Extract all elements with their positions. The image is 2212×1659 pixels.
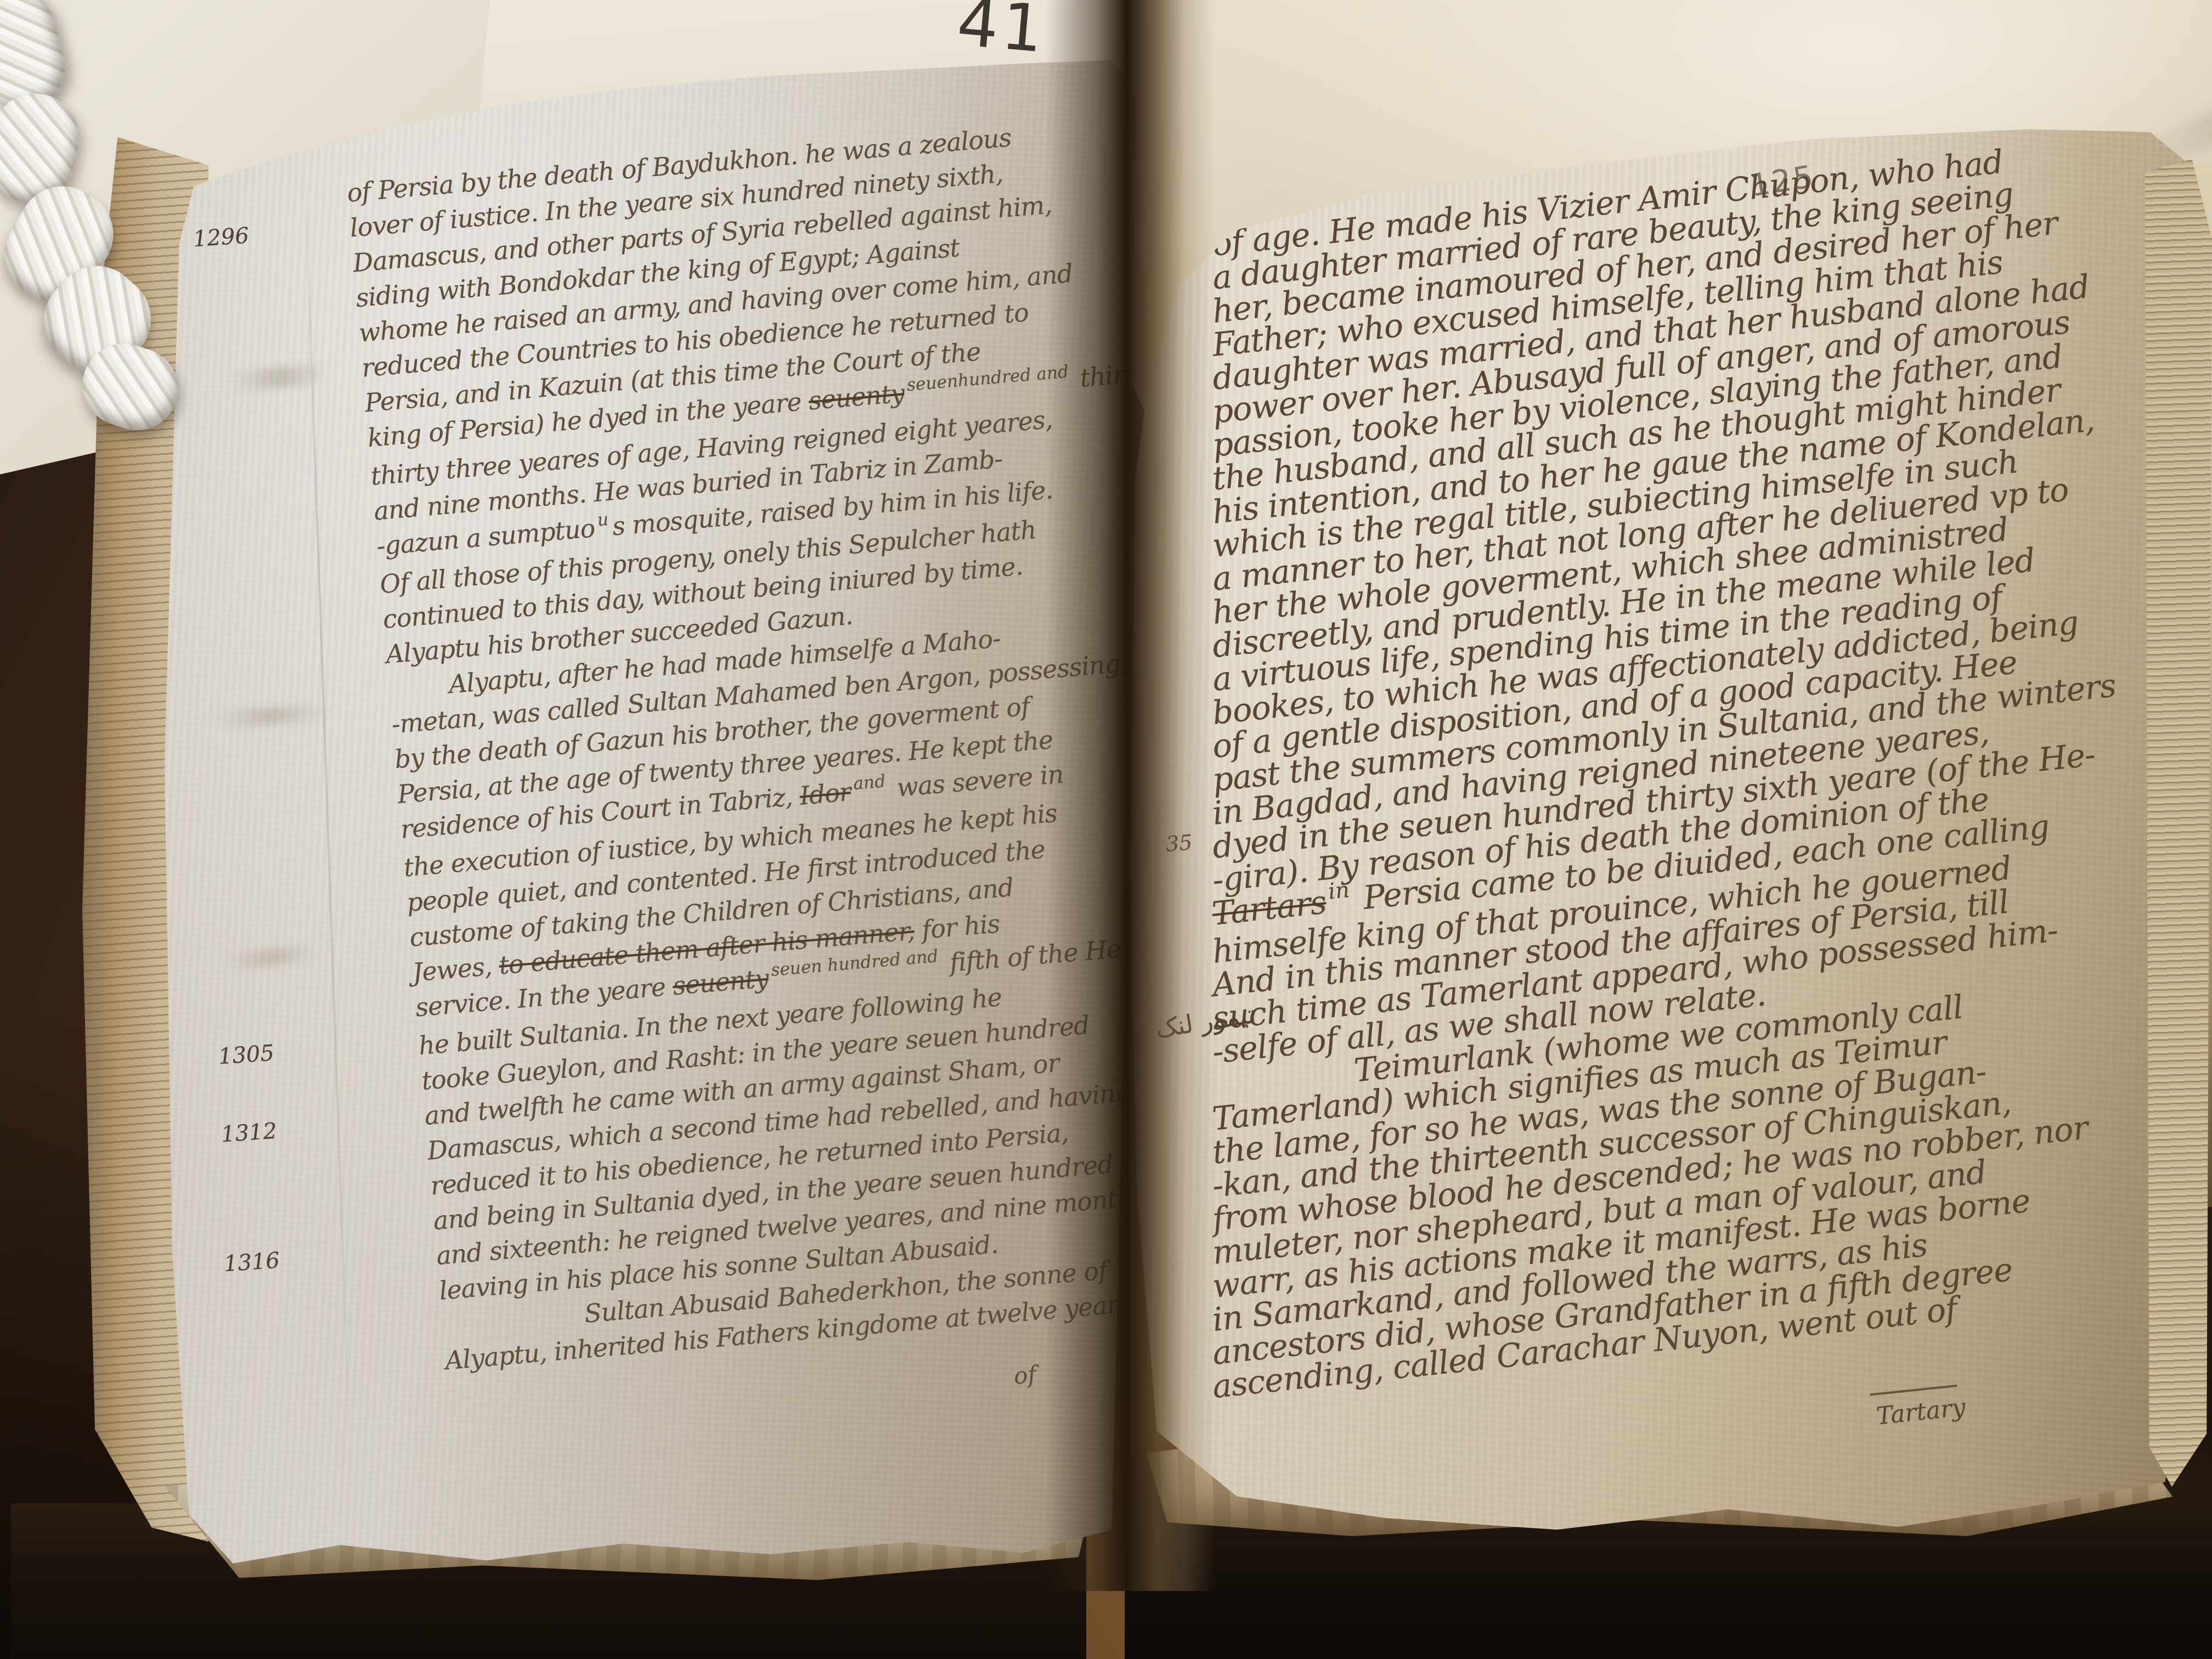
white-cord	[0, 22, 198, 450]
text-strike: Idor	[798, 777, 852, 811]
margin-year-note: 1312	[221, 1119, 278, 1148]
margin-year-note: 1296	[193, 223, 250, 252]
text-insert: and	[852, 764, 887, 802]
left-page: 1296 1305 1312 1316 of Persia by the dea…	[165, 60, 1141, 1591]
margin-year-note: 1305	[218, 1041, 275, 1070]
text-strike: seuenty	[672, 963, 770, 1001]
catchword: of	[1013, 1361, 1037, 1389]
margin-year-note: 1316	[223, 1248, 281, 1277]
text-insert: in	[1327, 873, 1351, 909]
text-strike: seuenty	[808, 378, 906, 415]
gutter-shadow	[1045, 0, 1215, 1591]
sheet-number: 41	[954, 0, 1049, 67]
fore-edge-page-stack	[2145, 159, 2212, 1487]
right-page: 125 35 تیمور لنک of age. He made his Viz…	[1130, 99, 2197, 1547]
right-page-text: of age. He made his Vizier Amir Chupon, …	[1212, 228, 2200, 1403]
text-run: Jewes,	[411, 951, 500, 988]
